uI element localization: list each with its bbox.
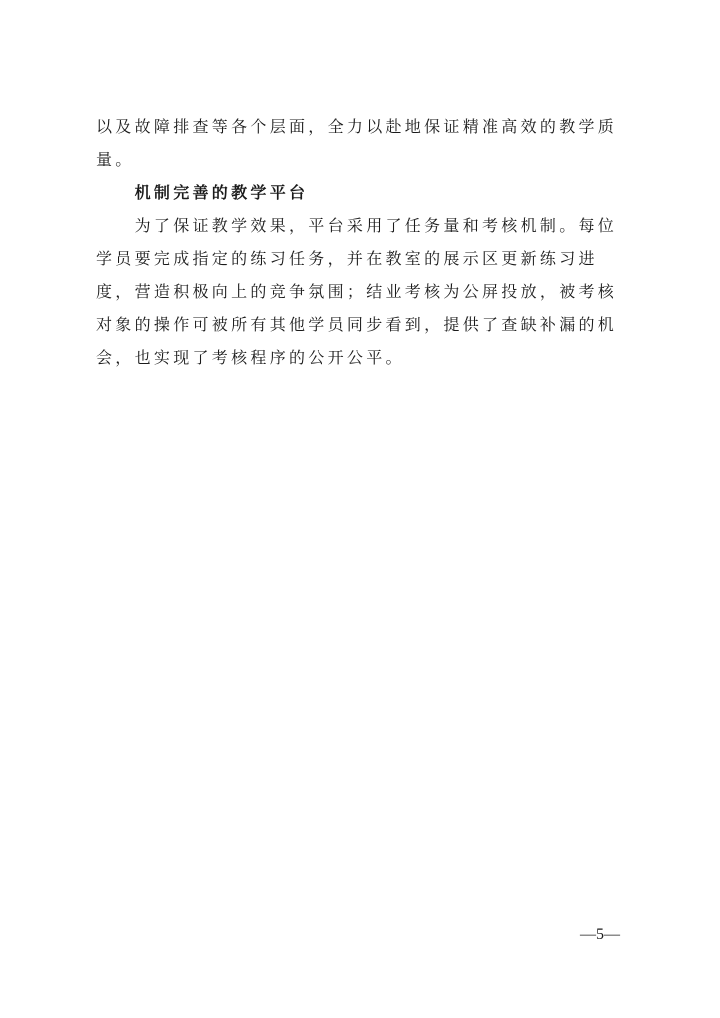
text-line: 量。 [96,143,626,176]
text-line: 以及故障排查等各个层面，全力以赴地保证精准高效的教学质 [96,110,626,143]
paragraph-continuation: 以及故障排查等各个层面，全力以赴地保证精准高效的教学质 量。 [96,110,626,176]
paragraph-body: 为了保证教学效果，平台采用了任务量和考核机制。每位 学员要完成指定的练习任务，并… [96,209,626,374]
text-line: 学员要完成指定的练习任务，并在教室的展示区更新练习进 [96,242,626,275]
page-number: —5— [580,926,620,944]
document-page: 以及故障排查等各个层面，全力以赴地保证精准高效的教学质 量。 机制完善的教学平台… [96,110,626,374]
text-line: 度，营造积极向上的竞争氛围；结业考核为公屏投放，被考核 [96,275,626,308]
text-line: 会，也实现了考核程序的公开公平。 [96,341,626,374]
text-line-indented: 为了保证教学效果，平台采用了任务量和考核机制。每位 [96,209,626,242]
text-line: 对象的操作可被所有其他学员同步看到，提供了查缺补漏的机 [96,308,626,341]
section-heading: 机制完善的教学平台 [96,176,626,209]
